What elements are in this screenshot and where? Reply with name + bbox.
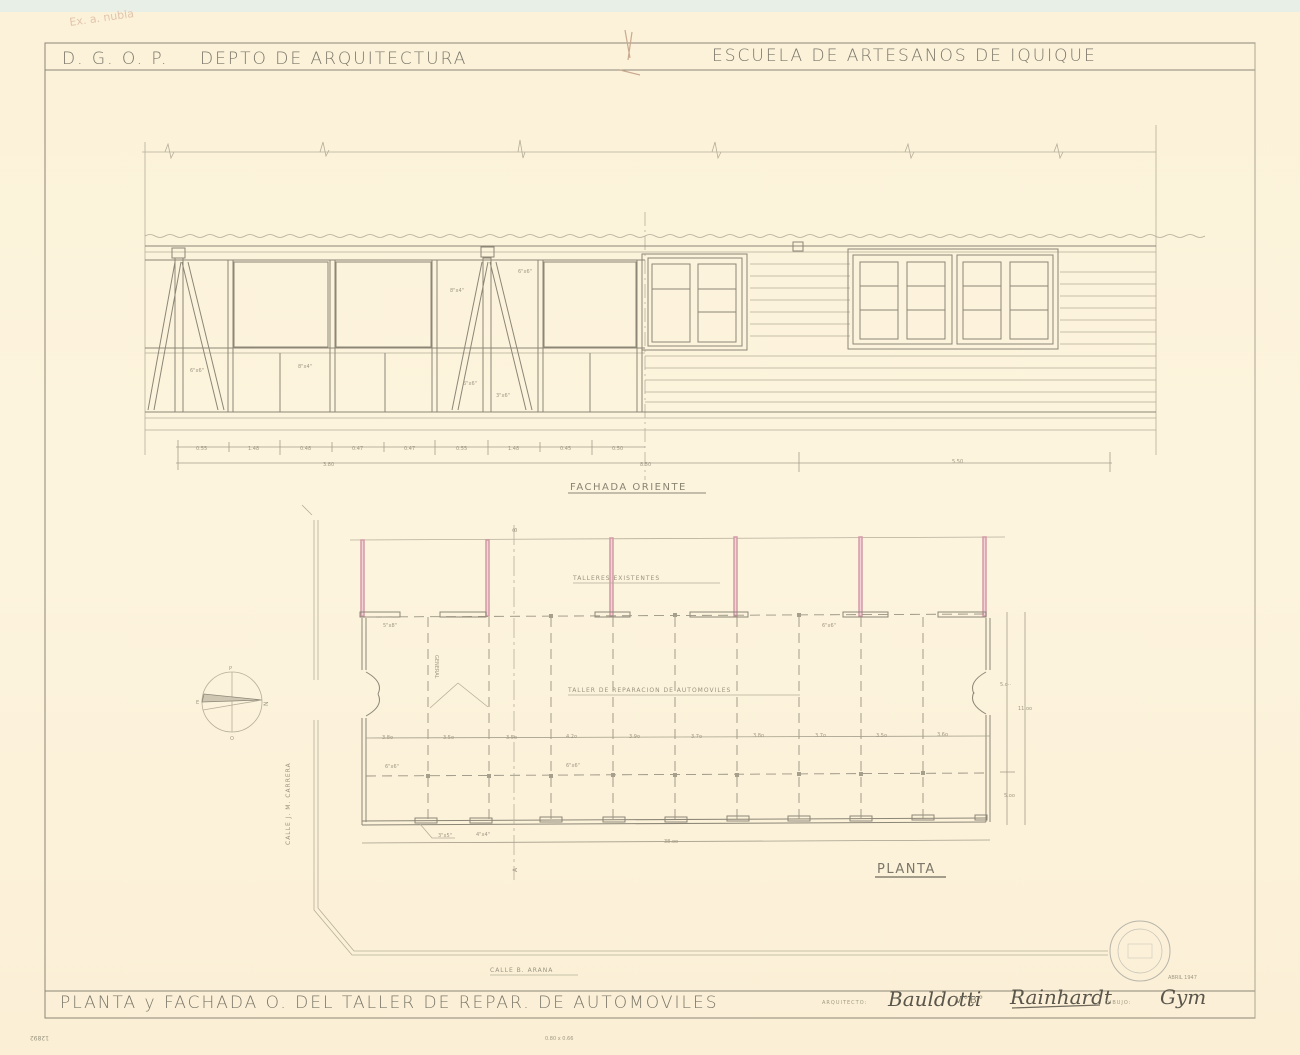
compass-point: E [196, 700, 199, 706]
archive-stamp [1110, 921, 1170, 981]
dimension-text: 5.o·· [1000, 682, 1011, 688]
member-label: 3"x6" [496, 393, 510, 399]
dimension-text: 3.8o [753, 733, 764, 739]
dimension-text: 0.47 [404, 446, 415, 452]
dimension-text: 3.8o [382, 735, 393, 741]
dimension-text: 0.55 [456, 446, 467, 452]
approval-label: V°B° [955, 995, 985, 1006]
archive-number: 12892 [30, 1034, 49, 1041]
dimension-text: 0.45 [560, 446, 571, 452]
drawn-by-label: DIBUJO: [1105, 1000, 1131, 1006]
dimension-text: 3.9o [629, 734, 640, 740]
compass-north: N [263, 702, 270, 707]
dimension-text: 3.5o [506, 735, 517, 741]
dimension-text: 11.oo [1018, 706, 1032, 712]
dimension-text: 0.50 [612, 446, 623, 452]
agency-abbreviation: D. G. O. P. [62, 49, 168, 69]
blueprint-sheet: Ex. a. nubla D. G. O. P. DEPTO DE ARQUIT… [0, 0, 1300, 1055]
pencil-mark-top [620, 30, 640, 75]
floor-plan: B A TALLERES EXISTENTES TALLER DE REPARA… [350, 525, 1032, 880]
dimension-text: 5.oo [1004, 793, 1015, 799]
facade-title: FACHADA ORIENTE [570, 482, 687, 493]
member-label: 8"x4" [298, 364, 312, 370]
dimension-text: 1.48 [248, 446, 259, 452]
dimension-text: 3.5o [443, 735, 454, 741]
dimension-text: 3.5o [876, 733, 887, 739]
drawn-by-signature: Gym [1160, 985, 1206, 1009]
project-name: ESCUELA DE ARTESANOS DE IQUIQUE [712, 46, 1097, 66]
section-marker-a: A [512, 867, 519, 872]
sheet-border [45, 43, 1255, 1018]
member-label: 6"x6" [463, 381, 477, 387]
dimension-text: 3.7o [691, 734, 702, 740]
drawing-canvas: Ex. a. nubla D. G. O. P. DEPTO DE ARQUIT… [0, 0, 1300, 1055]
street-label-west: CALLE J. M. CARRERA [285, 762, 292, 845]
room-label: TALLER DE REPARACION DE AUTOMOVILES [567, 687, 731, 694]
facade-elevation: 6"x6" 8"x4" 8"x4" 6"x6" 3"x6" 6"x6" [142, 125, 1205, 493]
vertical-note: GENERAL [433, 655, 439, 679]
dimension-text: 0.47 [352, 446, 363, 452]
dimension-text: 3.80 [323, 462, 334, 468]
member-label: 6"x6" [822, 623, 836, 629]
sheet-size-note: 0.80 x 0.66 [545, 1036, 573, 1042]
member-label: 6"x6" [385, 764, 399, 770]
compass-point: P [229, 666, 232, 672]
dimension-text: 38.oo [664, 839, 678, 845]
plan-title: PLANTA [877, 862, 936, 877]
date: ABRIL 1947 [1168, 975, 1197, 981]
dimension-text: 3.6o [937, 732, 948, 738]
existing-workshops-label: TALLERES EXISTENTES [572, 575, 660, 582]
dimension-text: 1.48 [508, 446, 519, 452]
street-outline [302, 505, 1108, 955]
member-label: 6"x6" [566, 763, 580, 769]
dimension-text: 3.7o [815, 733, 826, 739]
member-label: 6"x6" [190, 368, 204, 374]
dimension-text: 0.55 [196, 446, 207, 452]
section-marker-b: B [512, 528, 519, 532]
north-arrow-icon: N P E O [196, 666, 270, 742]
sheet-title: PLANTA y FACHADA O. DEL TALLER DE REPAR.… [60, 993, 719, 1013]
dimension-text: 8.50 [640, 462, 651, 468]
member-label: 8"x4" [450, 288, 464, 294]
dimension-text: 5.50 [952, 459, 963, 465]
street-label-south: CALLE B. ARANA [490, 967, 553, 974]
member-label: 4"x4" [476, 832, 490, 838]
dimension-text: 0.48 [300, 446, 311, 452]
dimension-text: 4.2o [566, 734, 577, 740]
architect-label: ARQUITECTO: [822, 1000, 867, 1006]
pencil-note: Ex. a. nubla [69, 7, 135, 29]
member-label: 6"x6" [518, 269, 532, 275]
compass-point: O [230, 736, 234, 742]
member-label: 5"x8" [383, 623, 397, 629]
department-name: DEPTO DE ARQUITECTURA [200, 49, 467, 69]
